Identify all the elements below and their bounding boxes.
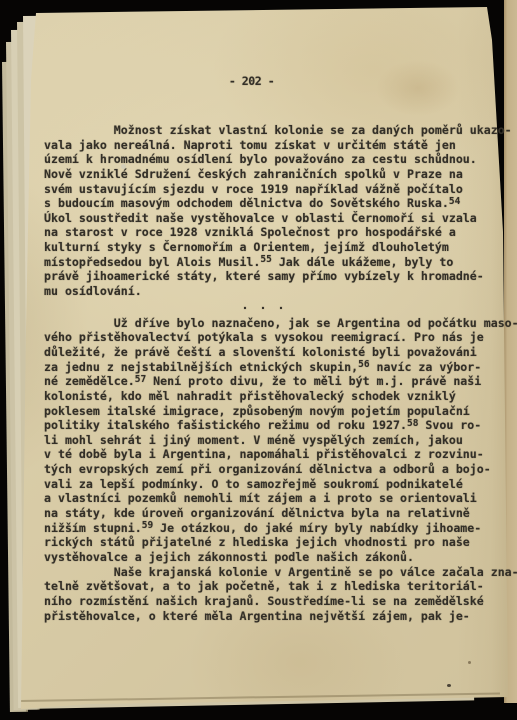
text-line: na státy, kde úroveň organizování dělnic… <box>44 506 494 521</box>
text-line: důležité, že právě čeští a slovenští kol… <box>44 345 494 360</box>
body-text: Možnost získat vlastní kolonie se za dan… <box>44 123 494 623</box>
text-line: vystěhovalce a jejich zákonnosti podle n… <box>44 550 494 565</box>
footnote-reference: 54 <box>449 196 460 207</box>
footnote-reference: 59 <box>142 520 153 531</box>
footnote-reference: 55 <box>260 254 271 265</box>
text-line: na starost v roce 1928 vzniklá Společnos… <box>44 225 494 240</box>
text-line: Nově vzniklé Sdružení českých zahraniční… <box>44 167 494 182</box>
paragraph: Naše krajanská kolonie v Argentině se po… <box>44 565 494 624</box>
scanned-page-photo: - 202 - Možnost získat vlastní kolonie s… <box>0 0 517 720</box>
paragraph: Už dříve bylo naznačeno, jak se Argentin… <box>44 316 494 565</box>
text-line: né zemědělce.57 Není proto divu, že to m… <box>44 374 494 389</box>
text-line: místopředsedou byl Alois Musil.55 Jak dá… <box>44 255 494 270</box>
text-line: vali za lepší podmínky. O to samozřejmě … <box>44 477 494 492</box>
text-line: poklesem italské imigrace, způsobeným no… <box>44 404 494 419</box>
page-number: - 202 - <box>0 74 503 88</box>
text-line: Možnost získat vlastní kolonie se za dan… <box>44 123 494 138</box>
text-line: za jednu z nejstabilnějších etnických sk… <box>44 360 494 375</box>
text-line: právě jihoamerické státy, které samy pří… <box>44 269 494 284</box>
text-line: Naše krajanská kolonie v Argentině se po… <box>44 565 494 580</box>
text-line: vala jako nereálná. Naproti tomu získat … <box>44 138 494 153</box>
text-line: vého přistěhovalectví potýkala s vysokou… <box>44 330 494 345</box>
section-separator: · · · <box>44 302 484 314</box>
footnote-reference: 56 <box>358 359 369 370</box>
text-line: li mohl sehrát i jiný moment. V méně vys… <box>44 433 494 448</box>
text-line: politiky italského fašistického režimu o… <box>44 418 494 433</box>
text-line: Úkol soustředit naše vystěhovalce v obla… <box>44 211 494 226</box>
text-line: s budoucím masovým odchodem dělnictva do… <box>44 196 494 211</box>
page-text: - 202 - Možnost získat vlastní kolonie s… <box>0 0 517 720</box>
text-line: kulturní styky s Černomořím a Orientem, … <box>44 240 494 255</box>
text-line: ního rozmístění našich krajanů. Soustřed… <box>44 594 494 609</box>
text-line: v té době byla i Argentina, napomáhali p… <box>44 447 494 462</box>
paragraph: Možnost získat vlastní kolonie se za dan… <box>44 123 494 299</box>
footnote-reference: 57 <box>135 374 146 385</box>
text-line: mu osídlování. <box>44 284 494 299</box>
text-line: území k hromadnému osídlení bylo považov… <box>44 152 494 167</box>
text-line: přistěhovalce, o které měla Argentina ne… <box>44 609 494 624</box>
text-line: nižším stupni.59 Je otázkou, do jaké mír… <box>44 521 494 536</box>
footnote-reference: 58 <box>407 418 418 429</box>
text-line: kolonisté, kdo měl nahradit přistěhovale… <box>44 389 494 404</box>
text-line: tých evropských zemí při organizování dě… <box>44 462 494 477</box>
text-line: telně zvětšovat, a to jak početně, tak i… <box>44 579 494 594</box>
text-line: rických států přijatelné z hlediska jeji… <box>44 535 494 550</box>
text-line: a vlastníci pozemků nemohli mít zájem a … <box>44 491 494 506</box>
text-line: svém ustavujícím sjezdu v roce 1919 např… <box>44 182 494 197</box>
text-line: Už dříve bylo naznačeno, jak se Argentin… <box>44 316 494 331</box>
